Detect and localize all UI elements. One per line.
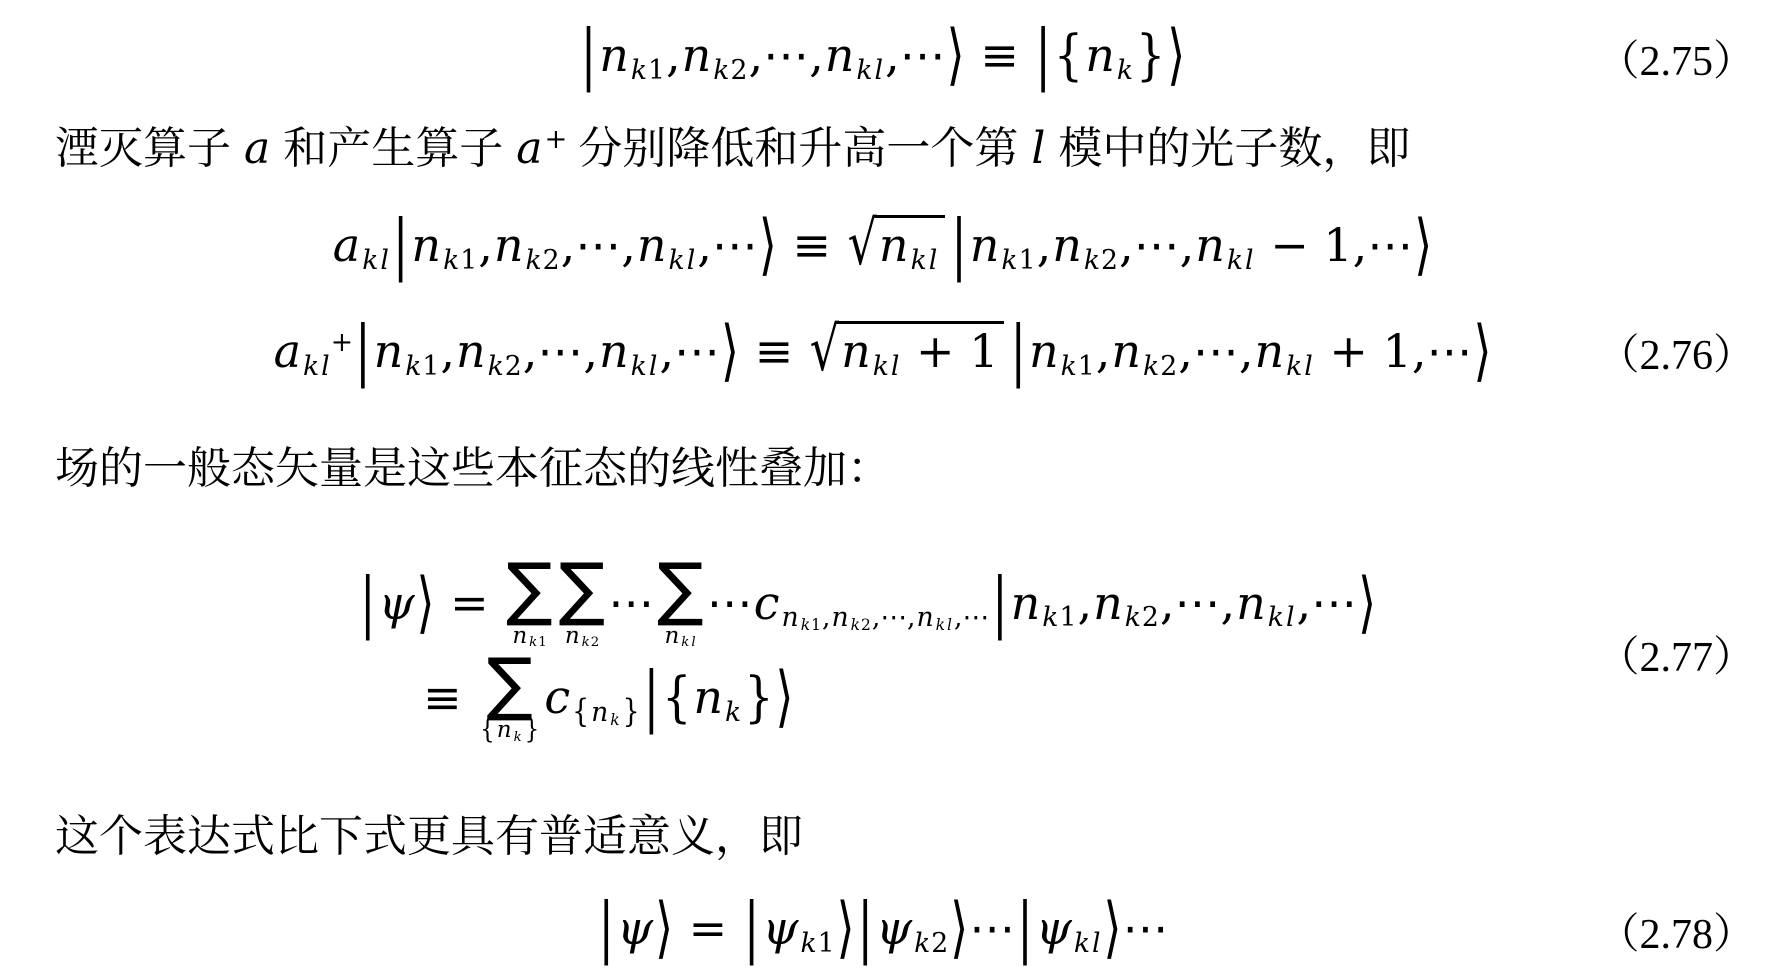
math-subscript: kl — [680, 635, 697, 650]
math-variable: n — [493, 218, 525, 272]
math-symbol: ⋯ — [608, 576, 654, 630]
math-variable: n — [564, 623, 581, 649]
math-variable: n — [1092, 576, 1124, 630]
math-symbol: 1 — [1019, 245, 1036, 276]
math-variable: l — [379, 245, 390, 276]
ket-angle-icon: ⟩ — [720, 312, 740, 389]
math-variable: k — [855, 55, 873, 86]
math-variable: k — [724, 697, 742, 728]
math-subscript: k — [609, 711, 621, 729]
equation-2-78-row: |ψ⟩ = |ψk1⟩|ψk2⟩⋯|ψkl⟩⋯ （2.78） — [0, 886, 1765, 976]
math-symbol: ⋯ — [575, 218, 621, 272]
math-symbol: , — [1353, 218, 1368, 272]
text-run: 场的一般态矢量是这些本征态的线性叠加： — [55, 444, 891, 493]
math-subscript: kl — [910, 245, 940, 276]
math-subscript: k1 — [1041, 602, 1077, 633]
ket-angle-icon: ⟩ — [949, 889, 969, 966]
math-symbol: + 1 — [1315, 324, 1412, 378]
summation: ∑nk2 — [559, 558, 606, 651]
math-variable: k — [1267, 602, 1285, 633]
summation: ∑{nk} — [479, 653, 540, 746]
brace-close: } — [524, 716, 541, 746]
math-symbol: , — [583, 324, 598, 378]
brace-open: { — [479, 716, 496, 746]
math-subscript: nk1,nk2,⋯,nkl,⋯ — [781, 602, 991, 633]
math-subscript: kl — [872, 351, 902, 382]
math-symbol: 2 — [1160, 351, 1177, 382]
math-subscript: k2 — [1124, 602, 1160, 633]
math-symbol: 1 — [460, 245, 477, 276]
math-subscript: k2 — [913, 928, 949, 959]
math-symbol: = — [435, 576, 503, 630]
math-symbol: ⋯ — [1134, 218, 1180, 272]
ket-angle-icon: ⟩ — [758, 206, 778, 283]
math-variable: c — [543, 670, 571, 724]
math-symbol: 1 — [648, 55, 665, 86]
ket-bar: | — [742, 889, 762, 966]
math-variable: l — [648, 351, 659, 382]
radical-glyph: √ — [848, 209, 877, 279]
text-run: 湮灭算子 — [55, 124, 242, 173]
math-symbol: ≡ — [423, 670, 476, 724]
math-variable: l — [320, 351, 331, 382]
brace-close: } — [743, 666, 774, 728]
math-variable: k — [404, 351, 422, 382]
math-variable: k — [630, 351, 648, 382]
math-symbol: , — [954, 602, 962, 633]
math-variable: l — [946, 616, 953, 634]
brace-close: } — [622, 695, 641, 731]
math-symbol: ⋯ — [900, 28, 946, 82]
math-symbol: ⋯ — [1311, 576, 1357, 630]
math-symbol: , — [523, 324, 538, 378]
math-variable: k — [1041, 602, 1059, 633]
sigma-glyph: ∑ — [559, 558, 606, 621]
math-variable: k — [1073, 928, 1091, 959]
ket-bar: | — [642, 658, 662, 735]
math-subscript: k2 — [581, 635, 601, 650]
math-symbol: , — [1221, 576, 1236, 630]
math-variable: k — [935, 616, 946, 634]
math-variable: k — [513, 730, 523, 745]
text-run: 这个表达式比下式更具有普适意义，即 — [55, 812, 803, 861]
math-variable: ψ — [761, 901, 799, 955]
ket-angle-icon: ⟩ — [1166, 16, 1186, 93]
math-symbol: ⋯ — [1175, 576, 1221, 630]
math-variable: k — [609, 711, 620, 729]
math-symbol: ⋯ — [1122, 901, 1168, 955]
math-variable: k — [799, 928, 817, 959]
math-subscript: k1 — [1000, 245, 1036, 276]
brace-open: { — [1053, 24, 1084, 86]
math-variable: n — [840, 324, 872, 378]
brace-open: { — [661, 666, 692, 728]
math-symbol: ⋯ — [962, 602, 989, 633]
radicand: nkl — [874, 215, 945, 276]
math-variable: n — [915, 602, 934, 633]
math-variable: l — [1303, 351, 1314, 382]
math-symbol: − 1 — [1256, 218, 1353, 272]
math-symbol: 1 — [538, 635, 546, 650]
math-symbol: , — [1119, 218, 1134, 272]
ket-bar: | — [391, 206, 411, 283]
equation-2-78: |ψ⟩ = |ψk1⟩|ψk2⟩⋯|ψkl⟩⋯ — [597, 902, 1169, 959]
math-symbol: ⋯ — [712, 218, 758, 272]
inline-math-run: a — [514, 123, 544, 174]
math-variable: k — [872, 351, 890, 382]
math-variable: k — [442, 245, 460, 276]
math-variable: k — [524, 245, 542, 276]
math-symbol: , — [748, 28, 763, 82]
math-symbol: , — [666, 28, 681, 82]
ket-angle-icon: ⟩ — [1413, 206, 1433, 283]
math-variable: n — [455, 324, 487, 378]
math-variable: k — [1116, 55, 1134, 86]
math-symbol: , — [1412, 324, 1427, 378]
text-run: 模中的光子数，即 — [1047, 124, 1410, 173]
math-symbol: , — [1096, 324, 1111, 378]
math-variable: k — [630, 55, 648, 86]
math-variable: k — [910, 245, 928, 276]
ket-angle-icon: ⟩ — [1472, 312, 1492, 389]
text-run: 和产生算子 — [272, 124, 514, 173]
equation-2-77-line1: |ψ⟩ = ∑nk1∑nk2⋯∑nkl⋯cnk1,nk2,⋯,nkl,⋯|nk1… — [358, 560, 1377, 653]
math-variable: k — [850, 616, 861, 634]
math-subscript: kl — [630, 351, 660, 382]
math-variable: n — [590, 697, 609, 728]
math-symbol: , — [1178, 324, 1193, 378]
math-subscript: k2 — [712, 55, 748, 86]
math-subscript: kl — [302, 351, 332, 382]
math-variable: k — [1124, 602, 1142, 633]
math-variable: l — [690, 635, 696, 650]
math-symbol: 1 — [1059, 602, 1076, 633]
math-variable: n — [598, 28, 630, 82]
math-symbol: ⋯ — [1193, 324, 1239, 378]
equation-2-76-line1-row: akl|nk1,nk2,⋯,nkl,⋯⟩ ≡ √nkl|nk1,nk2,⋯,nk… — [0, 196, 1765, 296]
sigma-glyph: ∑ — [486, 653, 533, 716]
math-symbol: ⋯ — [969, 901, 1015, 955]
ket-bar: | — [1008, 312, 1028, 389]
math-subscript: k1 — [799, 928, 835, 959]
math-variable: n — [496, 717, 513, 743]
math-symbol: 2 — [1101, 245, 1118, 276]
math-subscript: kl — [855, 55, 885, 86]
math-symbol: , — [1077, 576, 1092, 630]
math-symbol: ⋯ — [763, 28, 809, 82]
sum-limits: {nk} — [479, 718, 540, 745]
ket-bar: | — [597, 889, 617, 966]
equation-label-2-76: （2.76） — [1597, 322, 1755, 382]
math-subscript: k2 — [850, 616, 872, 634]
math-symbol: ⋯ — [537, 324, 583, 378]
equation-2-76-line1: akl|nk1,nk2,⋯,nkl,⋯⟩ ≡ √nkl|nk1,nk2,⋯,nk… — [332, 215, 1433, 276]
math-variable: n — [636, 218, 668, 272]
ket-bar: | — [353, 312, 373, 389]
math-symbol: , — [809, 28, 824, 82]
math-variable: l — [874, 55, 885, 86]
math-symbol: ⋯ — [1426, 324, 1472, 378]
equation-label-2-75: （2.75） — [1597, 28, 1755, 88]
ket-angle-icon: ⟩ — [654, 889, 674, 966]
math-variable: n — [1028, 324, 1060, 378]
equation-2-76-line2: akl+|nk1,nk2,⋯,nkl,⋯⟩ ≡ √nkl + 1|nk1,nk2… — [273, 321, 1493, 382]
equation-2-77-line2: ≡ ∑{nk}c{nk}|{nk}⟩ — [423, 655, 794, 748]
sum-limits: nk2 — [564, 624, 600, 651]
math-symbol: 2 — [591, 635, 599, 650]
math-symbol: = — [674, 901, 742, 955]
math-variable: l — [928, 245, 939, 276]
math-variable: n — [598, 324, 630, 378]
math-subscript: kl — [668, 245, 698, 276]
math-symbol: , — [907, 602, 915, 633]
inline-math-run: a — [242, 123, 272, 174]
math-subscript: kl — [1226, 245, 1256, 276]
math-variable: k — [1060, 351, 1078, 382]
math-symbol: 2 — [1142, 602, 1159, 633]
math-variable: k — [487, 351, 505, 382]
equation-2-77-stack: |ψ⟩ = ∑nk1∑nk2⋯∑nkl⋯cnk1,nk2,⋯,nkl,⋯|nk1… — [358, 560, 1377, 748]
math-variable: n — [1051, 218, 1083, 272]
equation-label-2-78: （2.78） — [1597, 901, 1755, 961]
equation-2-75-row: |nk1,nk2,⋯,nkl,⋯⟩ ≡ |{nk}⟩ （2.75） — [0, 8, 1765, 108]
inline-math-run: + — [544, 124, 567, 155]
paragraph-annihilation-creation: 湮灭算子 a 和产生算子 a+ 分别降低和升高一个第 l 模中的光子数，即 — [55, 120, 1410, 177]
math-symbol: , — [659, 324, 674, 378]
math-subscript: kl — [361, 245, 391, 276]
ket-angle-icon: ⟩ — [774, 658, 794, 735]
math-subscript: k2 — [1083, 245, 1119, 276]
ket-bar: | — [949, 206, 969, 283]
math-symbol: 2 — [505, 351, 522, 382]
math-variable: n — [663, 623, 680, 649]
text-run: 分别降低和升高一个第 — [567, 124, 1029, 173]
math-subscript: kl — [1073, 928, 1103, 959]
math-subscript: kl — [935, 616, 954, 634]
radical: √nkl — [848, 215, 946, 276]
math-symbol: , — [1037, 218, 1052, 272]
radicand: nkl + 1 — [836, 321, 1004, 382]
math-symbol: + — [331, 327, 353, 358]
math-subscript: {nk} — [571, 697, 642, 728]
math-variable: k — [361, 245, 379, 276]
math-variable: n — [878, 218, 910, 272]
math-variable: n — [1110, 324, 1142, 378]
ket-angle-icon: ⟩ — [836, 889, 856, 966]
ket-angle-icon: ⟩ — [1357, 563, 1377, 640]
math-symbol: ⋯ — [1367, 218, 1413, 272]
math-variable: ψ — [377, 576, 415, 630]
math-subscript: kl — [1267, 602, 1297, 633]
math-subscript: k2 — [1142, 351, 1178, 382]
inline-math-run: l — [1029, 123, 1047, 174]
math-variable: k — [1285, 351, 1303, 382]
math-symbol: 1 — [422, 351, 439, 382]
math-variable: n — [1235, 576, 1267, 630]
equation-2-77-row: |ψ⟩ = ∑nk1∑nk2⋯∑nkl⋯cnk1,nk2,⋯,nkl,⋯|nk1… — [0, 518, 1765, 790]
math-variable: k — [913, 928, 931, 959]
math-variable: k — [1142, 351, 1160, 382]
math-subscript: k — [513, 730, 524, 745]
math-variable: k — [1083, 245, 1101, 276]
math-symbol: 2 — [730, 55, 747, 86]
summation: ∑nkl — [657, 558, 704, 651]
equation-2-75: |nk1,nk2,⋯,nkl,⋯⟩ ≡ |{nk}⟩ — [579, 29, 1187, 86]
math-symbol: 2 — [543, 245, 560, 276]
ket-angle-icon: ⟩ — [946, 16, 966, 93]
math-symbol: 1 — [818, 928, 835, 959]
math-variable: n — [969, 218, 1001, 272]
math-symbol: , — [561, 218, 576, 272]
math-variable: k — [712, 55, 730, 86]
math-symbol: 1 — [1078, 351, 1095, 382]
math-variable: n — [681, 28, 713, 82]
math-subscript: k2 — [524, 245, 560, 276]
math-symbol: , — [885, 28, 900, 82]
math-symbol: , — [1180, 218, 1195, 272]
radical-glyph: √ — [810, 315, 839, 385]
paragraph-general-state: 场的一般态矢量是这些本征态的线性叠加： — [55, 440, 891, 497]
math-variable: l — [890, 351, 901, 382]
math-variable: n — [410, 218, 442, 272]
math-symbol: 2 — [861, 616, 871, 634]
textbook-page: |nk1,nk2,⋯,nkl,⋯⟩ ≡ |{nk}⟩ （2.75） 湮灭算子 a… — [0, 0, 1765, 978]
math-variable: n — [1084, 28, 1116, 82]
equation-2-76-line2-row: akl+|nk1,nk2,⋯,nkl,⋯⟩ ≡ √nkl + 1|nk1,nk2… — [0, 296, 1765, 408]
math-variable: n — [830, 602, 849, 633]
ket-angle-icon: ⟩ — [416, 563, 436, 640]
math-symbol: ≡ — [778, 218, 846, 272]
math-symbol: 1 — [811, 616, 821, 634]
math-variable: k — [800, 616, 811, 634]
math-variable: n — [824, 28, 856, 82]
math-subscript: kl — [1285, 351, 1315, 382]
math-variable: k — [1226, 245, 1244, 276]
brace-open: { — [571, 695, 590, 731]
math-variable: ψ — [875, 901, 913, 955]
math-subscript: k1 — [442, 245, 478, 276]
math-variable: n — [373, 324, 405, 378]
math-symbol: , — [1239, 324, 1254, 378]
math-subscript: k — [1116, 55, 1135, 86]
math-variable: k — [680, 635, 690, 650]
math-symbol: ⋯ — [707, 576, 753, 630]
math-variable: n — [692, 670, 724, 724]
math-symbol: ⋯ — [674, 324, 720, 378]
sigma-glyph: ∑ — [657, 558, 704, 621]
math-symbol: , — [1296, 576, 1311, 630]
math-variable: l — [1091, 928, 1102, 959]
math-subscript: k1 — [800, 616, 822, 634]
math-variable: l — [686, 245, 697, 276]
math-subscript: k1 — [630, 55, 666, 86]
math-variable: a — [332, 218, 361, 272]
math-variable: k — [668, 245, 686, 276]
math-symbol: ≡ — [966, 28, 1034, 82]
math-symbol: + 1 — [901, 324, 998, 378]
summation: ∑nk1 — [506, 558, 553, 651]
math-variable: k — [302, 351, 320, 382]
math-variable: k — [581, 635, 591, 650]
math-symbol: , — [621, 218, 636, 272]
math-variable: ψ — [616, 901, 654, 955]
brace-close: } — [1135, 24, 1166, 86]
ket-bar: | — [358, 563, 378, 640]
math-variable: n — [781, 602, 800, 633]
sigma-glyph: ∑ — [506, 558, 553, 621]
ket-angle-icon: ⟩ — [1103, 889, 1123, 966]
math-variable: n — [1253, 324, 1285, 378]
math-subscript: k2 — [487, 351, 523, 382]
ket-bar: | — [1033, 16, 1053, 93]
math-variable: l — [1285, 602, 1296, 633]
math-symbol: ⋯ — [880, 602, 907, 633]
math-variable: c — [753, 576, 781, 630]
ket-bar: | — [990, 563, 1010, 640]
radical: √nkl + 1 — [810, 321, 1005, 382]
sum-limits: nkl — [663, 624, 697, 651]
math-variable: ψ — [1035, 901, 1073, 955]
math-variable: n — [1010, 576, 1042, 630]
math-subscript: k1 — [404, 351, 440, 382]
ket-bar: | — [1015, 889, 1035, 966]
math-symbol: , — [1160, 576, 1175, 630]
math-variable: l — [1244, 245, 1255, 276]
paragraph-universal-expression: 这个表达式比下式更具有普适意义，即 — [55, 808, 803, 865]
math-symbol: ≡ — [740, 324, 808, 378]
math-superscript: + — [331, 327, 353, 358]
math-symbol: , — [478, 218, 493, 272]
ket-bar: | — [856, 889, 876, 966]
math-variable: k — [1000, 245, 1018, 276]
equation-label-2-77: （2.77） — [1597, 624, 1755, 684]
math-symbol: , — [697, 218, 712, 272]
ket-bar: | — [579, 16, 599, 93]
math-subscript: k1 — [1060, 351, 1096, 382]
math-symbol: 2 — [931, 928, 948, 959]
math-variable: a — [273, 324, 302, 378]
math-symbol: , — [440, 324, 455, 378]
math-variable: n — [1194, 218, 1226, 272]
math-subscript: k — [724, 697, 743, 728]
